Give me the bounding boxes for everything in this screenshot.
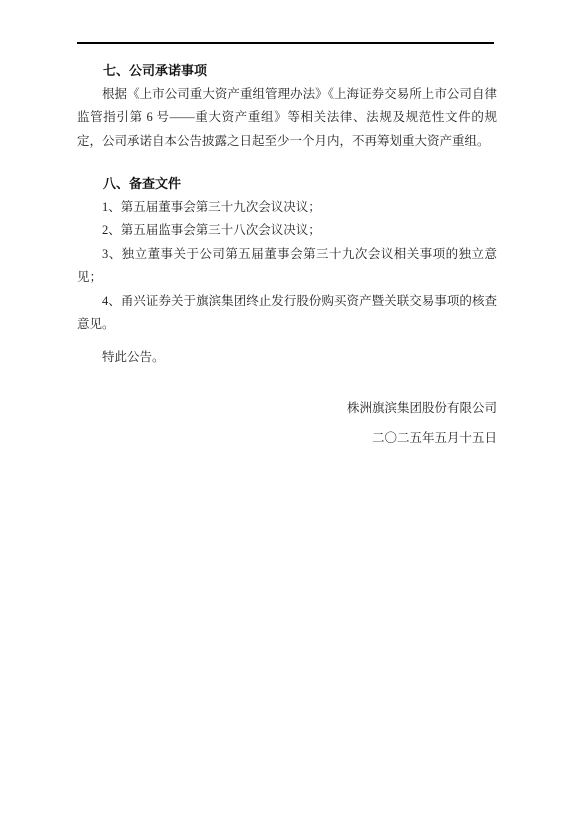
reference-document-item-4: 4、甬兴证券关于旗滨集团终止发行股份购买资产暨关联交易事项的核查意见。 bbox=[77, 290, 497, 337]
document-page: 七、公司承诺事项 根据《上市公司重大资产重组管理办法》《上海证券交易所上市公司自… bbox=[0, 0, 577, 816]
section-7-paragraph: 根据《上市公司重大资产重组管理办法》《上海证券交易所上市公司自律监管指引第 6 … bbox=[77, 83, 497, 154]
closing-statement: 特此公告。 bbox=[77, 346, 497, 370]
reference-document-item-1: 1、第五届董事会第三十九次会议决议； bbox=[77, 196, 497, 220]
reference-document-item-2: 2、第五届监事会第三十八次会议决议； bbox=[77, 219, 497, 243]
section-7-heading: 七、公司承诺事项 bbox=[77, 59, 497, 83]
signature-company-name: 株洲旗滨集团股份有限公司 bbox=[77, 397, 497, 421]
section-8-heading: 八、备查文件 bbox=[77, 172, 497, 196]
header-divider-rule bbox=[77, 42, 494, 44]
document-content: 七、公司承诺事项 根据《上市公司重大资产重组管理办法》《上海证券交易所上市公司自… bbox=[77, 59, 497, 450]
reference-document-item-3: 3、独立董事关于公司第五届董事会第三十九次会议相关事项的独立意见； bbox=[77, 243, 497, 290]
signature-date: 二〇二五年五月十五日 bbox=[77, 427, 497, 451]
